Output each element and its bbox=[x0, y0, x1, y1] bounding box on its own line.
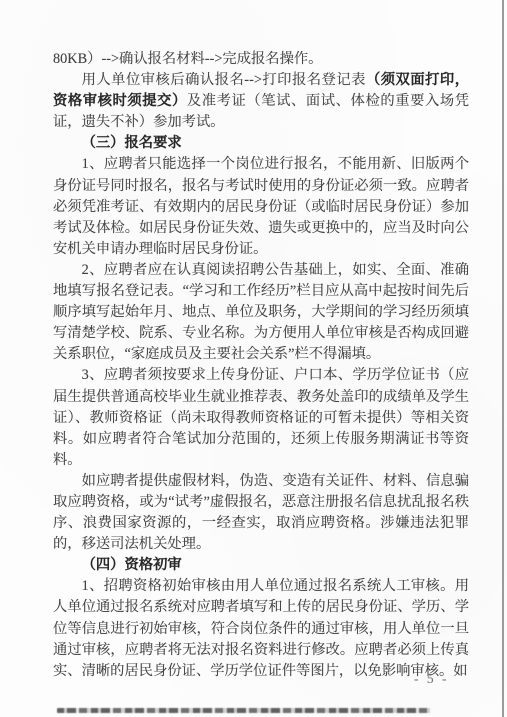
paragraph: 1、应聘者只能选择一个岗位进行报名，不能用新、旧版两个身份证号同时报名，报名与考… bbox=[53, 154, 469, 259]
text-run: 用人单位审核后确认报名-->打印报名登记表 bbox=[82, 72, 366, 88]
section-heading: （四）资格初审 bbox=[53, 555, 469, 576]
paragraph: 用人单位审核后确认报名-->打印报名登记表（须双面打印，资格审核时须提交）及准考… bbox=[53, 70, 469, 133]
text-run: 1、应聘者只能选择一个岗位进行报名，不能用新、旧版两个身份证号同时报名，报名与考… bbox=[53, 156, 469, 256]
page-number: - 5 - bbox=[414, 671, 449, 687]
section-heading: （三）报名要求 bbox=[53, 133, 469, 154]
text-run: 如应聘者提供虚假材料，伪造、变造有关证件、材料、信息骗取应聘资格，或为“试考”虚… bbox=[53, 473, 469, 552]
paragraph: 如应聘者提供虚假材料，伪造、变造有关证件、材料、信息骗取应聘资格，或为“试考”虚… bbox=[53, 471, 469, 555]
text-run: 3、应聘者须按要求上传身份证、户口本、学历学位证书（应届生提供普通高校毕业生就业… bbox=[53, 367, 469, 467]
paragraph: 2、应聘者应在认真阅读招聘公告基础上，如实、全面、准确地填写报名登记表。“学习和… bbox=[53, 260, 469, 365]
text-run: 2、应聘者应在认真阅读招聘公告基础上，如实、全面、准确地填写报名登记表。“学习和… bbox=[53, 262, 469, 362]
scanned-document-page: 80KB）-->确认报名材料-->完成报名操作。用人单位审核后确认报名-->打印… bbox=[0, 0, 507, 717]
paragraph: 1、招聘资格初始审核由用人单位通过报名系统人工审核。用人单位通过报名系统对应聘者… bbox=[53, 576, 469, 681]
text-run: 1、招聘资格初始审核由用人单位通过报名系统人工审核。用人单位通过报名系统对应聘者… bbox=[53, 578, 469, 678]
paragraph: 3、应聘者须按要求上传身份证、户口本、学历学位证书（应届生提供普通高校毕业生就业… bbox=[53, 365, 469, 470]
text-run: 80KB）-->确认报名材料-->完成报名操作。 bbox=[53, 51, 322, 67]
scan-edge-right-line bbox=[502, 0, 504, 717]
bold-text-run: （四）资格初审 bbox=[82, 557, 182, 573]
paragraph: 80KB）-->确认报名材料-->完成报名操作。 bbox=[53, 49, 469, 70]
bottom-cutoff-text-strip bbox=[57, 708, 430, 713]
document-body: 80KB）-->确认报名材料-->完成报名操作。用人单位审核后确认报名-->打印… bbox=[53, 49, 469, 682]
bold-text-run: （三）报名要求 bbox=[82, 135, 182, 151]
